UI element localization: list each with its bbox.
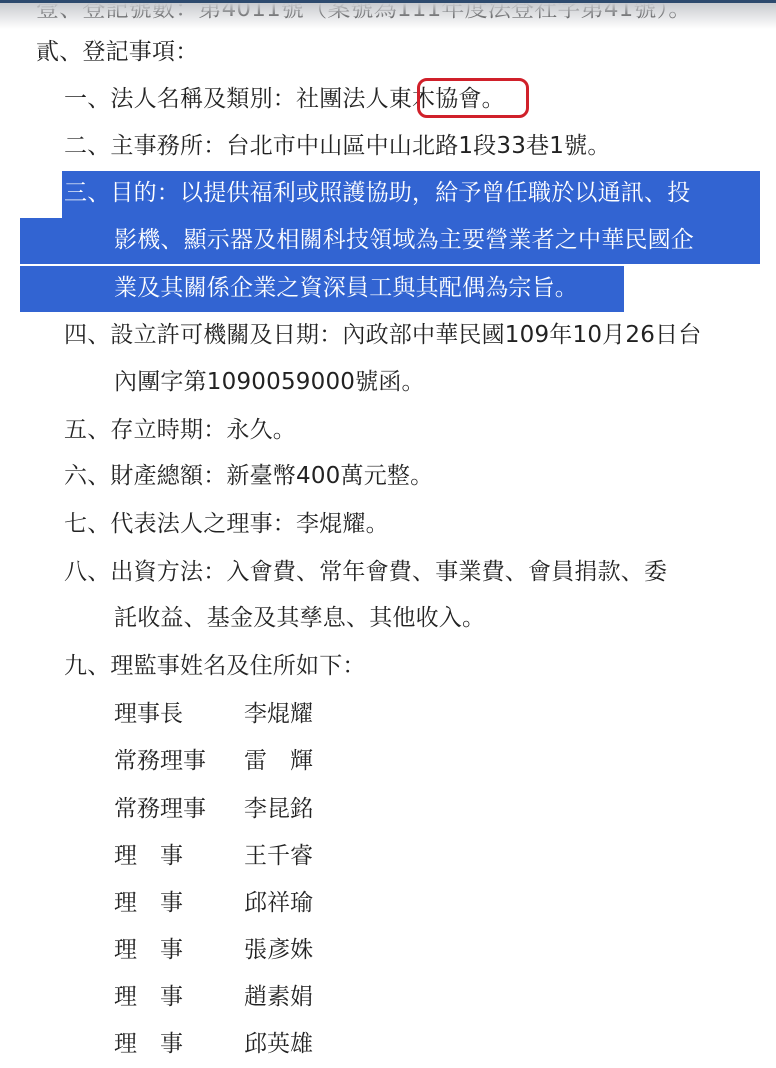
director-name: 趙素娟 — [244, 974, 313, 1021]
director-role: 理 事 — [114, 927, 183, 974]
director-role: 理 事 — [114, 974, 183, 1021]
director-row: 理 事 邱祥瑜 — [0, 880, 400, 927]
director-row: 理 事 趙素娟 — [0, 974, 400, 1021]
director-name: 邱英雄 — [244, 1021, 313, 1068]
director-name: 邱祥瑜 — [244, 880, 313, 927]
window-top-bar — [0, 0, 776, 3]
director-role: 常務理事 — [114, 786, 206, 833]
item-7-representative: 七、代表法人之理事：李焜耀。 — [64, 501, 389, 548]
director-row: 理事長 李焜耀 — [0, 691, 400, 738]
item-8-funding-line-1: 八、出資方法：入會費、常年會費、事業費、會員捐款、委 — [64, 549, 667, 596]
director-name: 王千睿 — [244, 833, 313, 880]
section-heading-registration-items: 貳、登記事項： — [36, 29, 198, 76]
director-role: 理 事 — [114, 1021, 183, 1068]
item-3-purpose-line-2[interactable]: 影機、顯示器及相關科技領域為主要營業者之中華民國企 — [114, 217, 694, 264]
director-row: 理 事 張彥姝 — [0, 927, 400, 974]
director-row: 常務理事 李昆銘 — [0, 786, 400, 833]
director-role: 理事長 — [114, 691, 183, 738]
director-row: 理 事 邱英雄 — [0, 1021, 400, 1068]
director-row: 常務理事 雷 輝 — [0, 738, 400, 785]
item-4-approval-line-2: 內團字第1090059000號函。 — [114, 359, 425, 406]
director-role: 理 事 — [114, 833, 183, 880]
item-9-directors-heading: 九、理監事姓名及住所如下： — [64, 643, 366, 690]
red-annotation-box — [417, 78, 529, 118]
director-name: 李焜耀 — [244, 691, 313, 738]
item-1-label: 一、法人名稱及類別：社團法人 — [64, 86, 389, 112]
director-role: 常務理事 — [114, 738, 206, 785]
item-6-total-assets: 六、財產總額：新臺幣400萬元整。 — [64, 453, 433, 500]
director-role: 理 事 — [114, 880, 183, 927]
director-name: 張彥姝 — [244, 927, 313, 974]
item-3-purpose-line-3[interactable]: 業及其關係企業之資深員工與其配偶為宗旨。 — [114, 265, 578, 312]
item-2-office-address: 二、主事務所：台北市中山區中山北路1段33巷1號。 — [64, 123, 611, 170]
item-8-funding-line-2: 託收益、基金及其孳息、其他收入。 — [114, 595, 485, 642]
director-name: 雷 輝 — [244, 738, 313, 785]
item-3-purpose-line-1[interactable]: 三、目的：以提供福利或照護協助，給予曾任職於以通訊、投 — [64, 170, 690, 217]
director-row: 理 事 王千睿 — [0, 833, 400, 880]
director-name: 李昆銘 — [244, 786, 313, 833]
item-5-duration: 五、存立時期：永久。 — [64, 407, 296, 454]
item-4-approval-line-1: 四、設立許可機關及日期：內政部中華民國109年10月26日台 — [64, 312, 701, 359]
